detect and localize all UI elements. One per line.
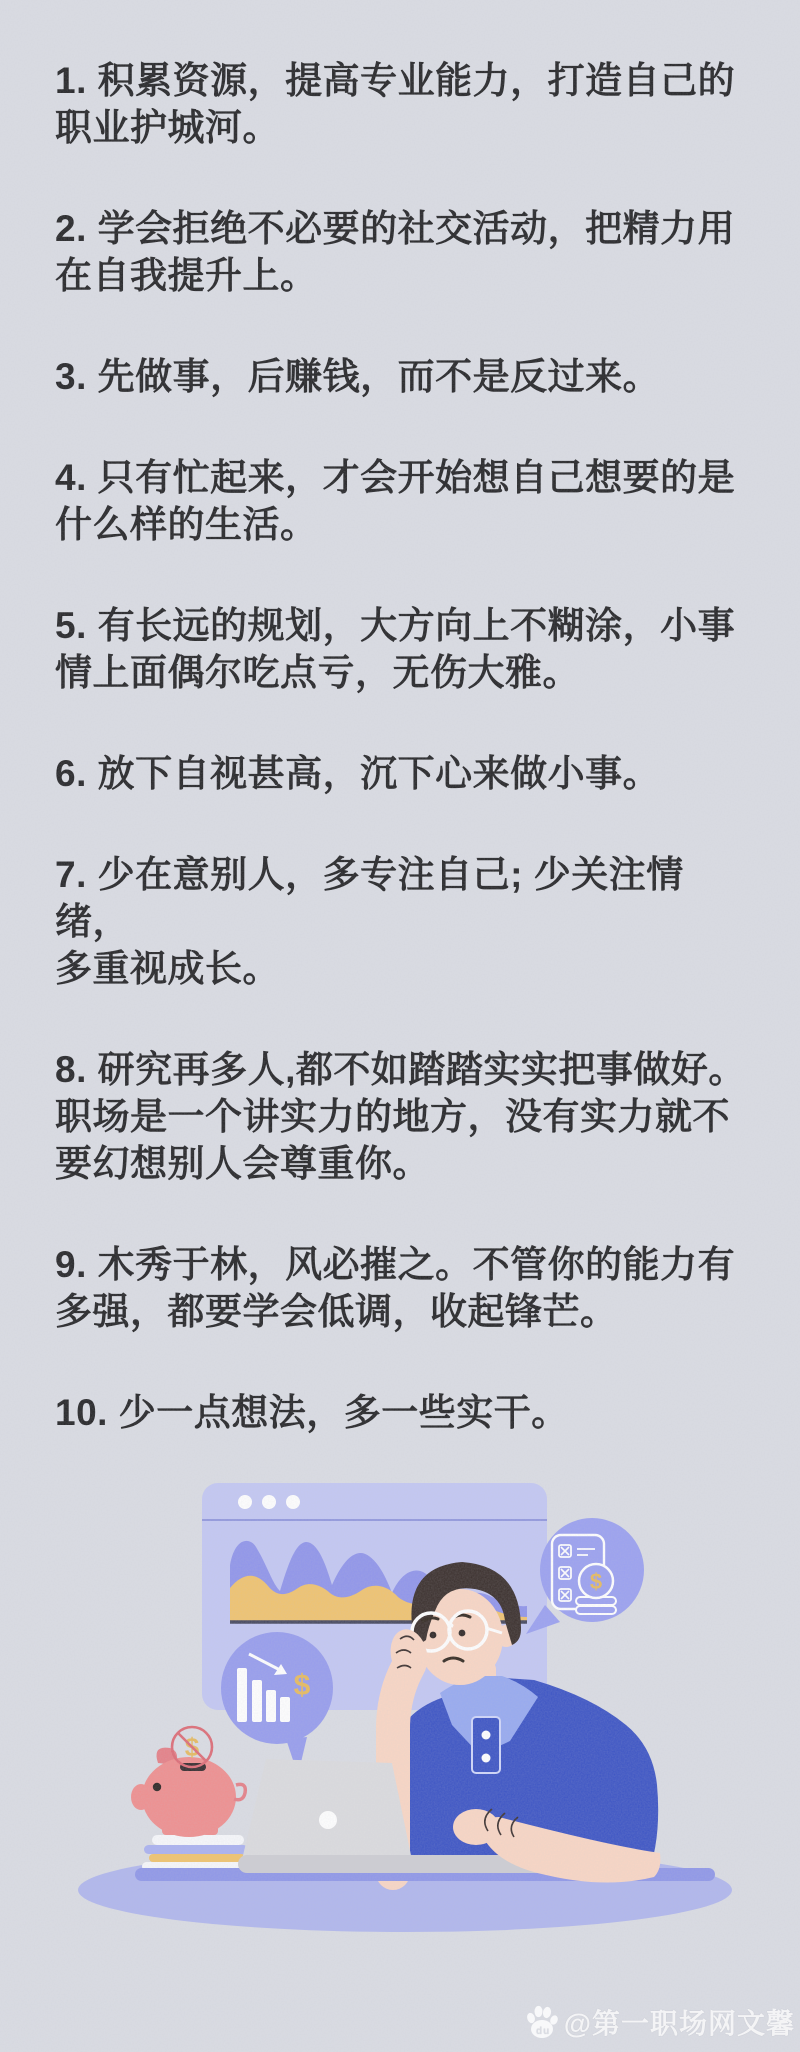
tip-item-1: 1. 积累资源，提高专业能力，打造自己的 职业护城河。 bbox=[55, 57, 755, 151]
laptop-icon bbox=[240, 1759, 414, 1870]
tip-item-6: 6. 放下自视甚高，沉下心来做小事。 bbox=[55, 750, 755, 797]
eye bbox=[459, 1630, 466, 1637]
declining-chart-bubble: $ bbox=[221, 1632, 333, 1775]
no-money-icon: $ bbox=[172, 1727, 212, 1767]
watermark-text: @第一职场网文馨 bbox=[564, 2002, 795, 2042]
tip-item-3: 3. 先做事，后赚钱，而不是反过来。 bbox=[55, 353, 755, 400]
coin-stack-icon: $ bbox=[576, 1564, 616, 1614]
tip-item-7: 7. 少在意别人，多专注自己; 少关注情绪， 多重视成长。 bbox=[55, 851, 755, 992]
placket bbox=[472, 1717, 500, 1773]
eye bbox=[430, 1632, 437, 1639]
tip-item-4: 4. 只有忙起来，才会开始想自己想要的是 什么样的生活。 bbox=[55, 454, 755, 548]
window-dot bbox=[238, 1495, 252, 1509]
tip-item-9: 9. 木秀于林，风必摧之。不管你的能力有 多强，都要学会低调，收起锋芒。 bbox=[55, 1241, 755, 1335]
tip-item-5: 5. 有长远的规划，大方向上不糊涂，小事 情上面偶尔吃点亏，无伤大雅。 bbox=[55, 602, 755, 696]
tip-item-2: 2. 学会拒绝不必要的社交活动，把精力用 在自我提升上。 bbox=[55, 205, 755, 299]
dollar-sign: $ bbox=[590, 1569, 602, 1594]
svg-text:du: du bbox=[536, 2026, 550, 2037]
book-stack bbox=[142, 1835, 250, 1871]
window-dot bbox=[286, 1495, 300, 1509]
baidu-paw-icon: du bbox=[525, 2004, 559, 2040]
dollar-sign: $ bbox=[294, 1669, 311, 1702]
illustration: $ $ bbox=[40, 1425, 760, 1945]
tips-list: 1. 积累资源，提高专业能力，打造自己的 职业护城河。 2. 学会拒绝不必要的社… bbox=[0, 0, 800, 1490]
window-dot bbox=[262, 1495, 276, 1509]
tip-item-8: 8. 研究再多人,都不如踏踏实实把事做好。 职场是一个讲实力的地方，没有实力就不… bbox=[55, 1046, 755, 1187]
watermark: du @第一职场网文馨 bbox=[525, 2002, 795, 2042]
